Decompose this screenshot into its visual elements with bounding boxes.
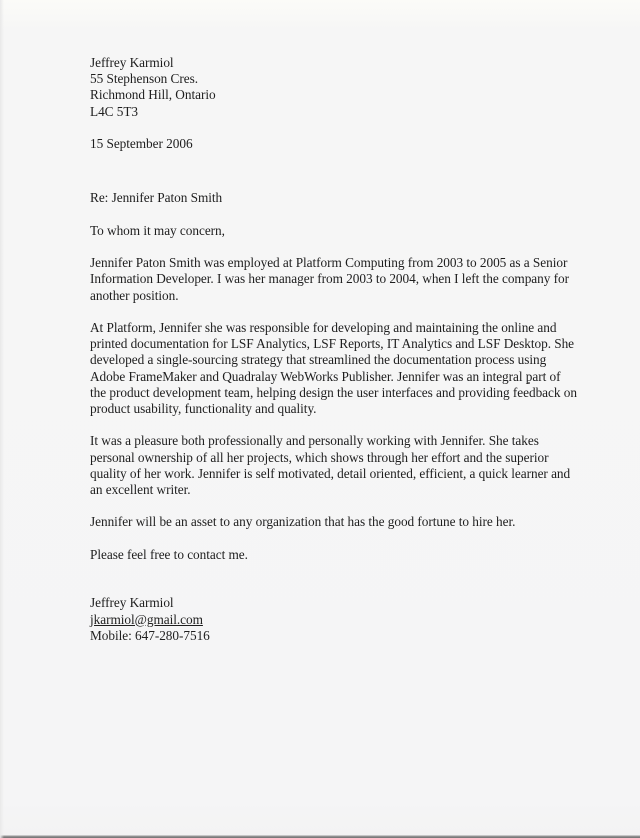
paragraph-line: Information Developer. I was her manager… [90,271,630,287]
paragraph-line: developed a single-sourcing strategy tha… [90,352,630,368]
scan-speck [528,382,530,384]
paragraph-employment: Jennifer Paton Smith was employed at Pla… [90,255,630,304]
sender-postal-code: L4C 5T3 [90,104,630,120]
paragraph-line: It was a pleasure both professionally an… [90,433,630,449]
signature-block: Jeffrey Karmiol jkarmiol@gmail.com Mobil… [90,595,630,644]
page-edge-shadow [0,0,4,838]
sender-street: 55 Stephenson Cres. [90,71,630,87]
paragraph-line: Adobe FrameMaker and Quadralay WebWorks … [90,369,630,385]
paragraph-qualities: It was a pleasure both professionally an… [90,433,630,498]
salutation: To whom it may concern, [90,223,630,239]
letter-body: Jeffrey Karmiol 55 Stephenson Cres. Rich… [90,55,630,644]
paragraph-line: Jennifer Paton Smith was employed at Pla… [90,255,630,271]
sender-name: Jeffrey Karmiol [90,55,630,71]
paragraph-line: another position. [90,288,630,304]
paragraph-line: quality of her work. Jennifer is self mo… [90,466,630,482]
paragraph-line: the product development team, helping de… [90,385,630,401]
signature-name: Jeffrey Karmiol [90,595,630,611]
paragraph-recommendation: Jennifer will be an asset to any organiz… [90,514,630,530]
paragraph-line: Please feel free to contact me. [90,547,630,563]
letter-subject: Re: Jennifer Paton Smith [90,190,630,206]
signature-phone: Mobile: 647-280-7516 [90,628,630,644]
sender-address-block: Jeffrey Karmiol 55 Stephenson Cres. Rich… [90,55,630,120]
scanned-page: Jeffrey Karmiol 55 Stephenson Cres. Rich… [0,0,640,838]
paragraph-contact: Please feel free to contact me. [90,547,630,563]
sender-city: Richmond Hill, Ontario [90,87,630,103]
paragraph-line: Jennifer will be an asset to any organiz… [90,514,630,530]
paragraph-line: printed documentation for LSF Analytics,… [90,336,630,352]
paragraph-responsibilities: At Platform, Jennifer she was responsibl… [90,320,630,417]
paragraph-line: At Platform, Jennifer she was responsibl… [90,320,630,336]
paragraph-line: product usability, functionality and qua… [90,401,630,417]
paragraph-line: personal ownership of all her projects, … [90,450,630,466]
letter-date: 15 September 2006 [90,136,630,152]
signature-email-link[interactable]: jkarmiol@gmail.com [90,612,203,627]
paragraph-line: an excellent writer. [90,482,630,498]
